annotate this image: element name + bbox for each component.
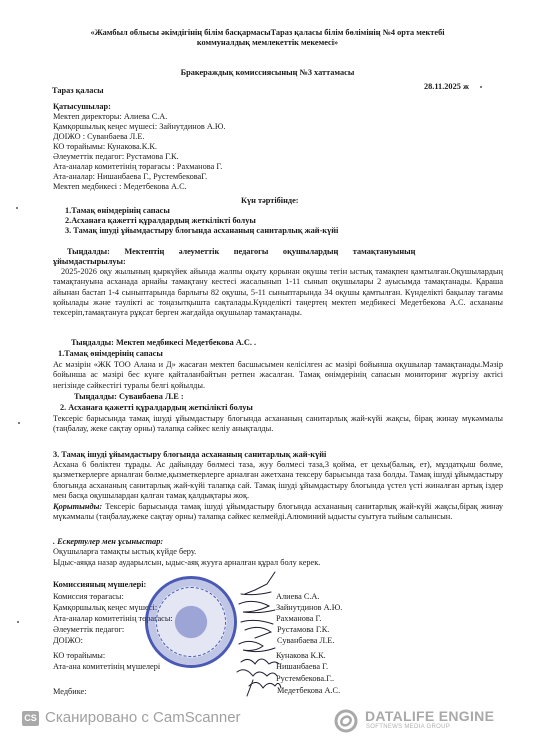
footer-watermarks: CS Сканировано с CamScanner DATALIFE ENG… [0, 708, 535, 738]
conclusion-text: Тексеріс барысында тамақ ішуді ұйымдасты… [53, 502, 503, 521]
official-stamp [145, 576, 237, 668]
protocol-date: 28.11.2025 ж [424, 82, 469, 92]
participant-item: Мектеп медбикесі : Медетбекова А.С. [53, 182, 187, 192]
section3-heard: Тыңдалды: Суванбаева Л.Е : [74, 392, 184, 402]
recommendation-item: Оқушыларға тамақты ыстық күйде беру. [53, 547, 196, 557]
agenda-item: 1.Тамақ өнімдерінің сапасы [65, 206, 170, 216]
datalife-engine-subtitle: SOFTNEWS MEDIA GROUP [366, 724, 450, 730]
section4-subheading: 3. Тамақ ішуді ұйымдастыру блогында асха… [53, 450, 326, 460]
recommendation-item: Ыдыс-аяққа назар аударылсын, ыдыс-аяқ жу… [53, 558, 320, 568]
scan-speck [480, 86, 482, 88]
section2-subheading: 1.Тамақ өнімдерінің сапасы [58, 349, 163, 359]
conclusion-label: Қорытынды: [53, 502, 102, 511]
member-role: Комиссия төрағасы: [53, 592, 124, 602]
organization-name-line1: «Жамбыл облысы әкімдігінің білім басқарм… [0, 28, 535, 38]
member-role: Медбике: [53, 687, 87, 697]
datalife-engine-title: DATALIFE ENGINE [365, 708, 494, 724]
section1-heard-line2: ұйымдастырылуы: [53, 257, 126, 267]
participant-item: Ата-аналар комитетінің төрағасы : Рахман… [53, 162, 222, 172]
member-name: Суванбаева Л.Е. [277, 636, 334, 646]
commission-heading: Комиссияның мүшелері: [53, 580, 146, 590]
participant-item: Қамқоршылық кеңес мүшесі: Зайнутдинов А.… [53, 122, 226, 132]
member-role: Әлеуметтік педагог: [53, 625, 124, 635]
city: Тараз қаласы [52, 86, 104, 96]
member-role: ДОІЖО: [53, 636, 83, 646]
member-role: Ата-ана комитетінің мүшелері [53, 662, 160, 672]
camscanner-watermark: Сканировано с CamScanner [45, 709, 241, 726]
member-role: Қамқоршылық кеңес мүшесі: [53, 603, 157, 613]
recommendations-heading: . Ескертулер мен ұсыныстар: [53, 537, 163, 547]
agenda-item: 2.Асханаға қажетті құралдардың жеткілікт… [65, 216, 256, 226]
protocol-title: Бракераждық комиссиясының №3 хаттамасы [0, 68, 535, 78]
agenda-heading: Күн тәртібінде: [241, 196, 299, 206]
section4-body: Асхана 6 бөліктен тұрады. Ас дайындау бө… [53, 460, 503, 501]
camscanner-logo-icon: CS [22, 711, 39, 726]
section4-conclusion: Қорытынды: Тексеріс барысында тамақ ішуд… [53, 502, 503, 523]
participant-item: КО төрайымы: Кунакова.К.К. [53, 142, 157, 152]
participants-heading: Қатысушылар: [53, 102, 111, 112]
section3-body: Тексеріс барысында тамақ ішуді ұйымдасты… [53, 414, 503, 435]
participant-item: Әлеуметтік педагог: Рустамова Г.К. [53, 152, 179, 162]
organization-name-line2: коммуналдық мемлекеттік мекемесі» [0, 38, 535, 48]
section2-heard: Тыңдалды: Мектеп медбикесі Медетбекова А… [71, 338, 256, 348]
member-role: КО төрайымы: [53, 651, 105, 661]
member-name: Зайнутдинов А.Ю. [276, 603, 342, 613]
participant-item: Мектеп директоры: Алиева С.А. [53, 112, 167, 122]
scan-speck [16, 207, 18, 209]
section1-heard-line1: Тыңдалды: Мектептің әлеуметтік педагогы … [67, 247, 503, 257]
scanned-document-page: «Жамбыл облысы әкімдігінің білім басқарм… [0, 0, 535, 750]
member-name: Медетбекова А.С. [277, 686, 340, 696]
scan-speck [17, 621, 19, 623]
section1-body: 2025-2026 оқу жылының қыркүйек айында жа… [53, 267, 503, 318]
signatures-icon [235, 568, 285, 698]
datalife-engine-logo-icon [334, 709, 358, 733]
section2-body: Ас мәзірін «ЖК ТОО Алана и Д» жасаған ме… [53, 360, 503, 391]
scan-speck [18, 422, 20, 424]
participant-item: Ата-аналар: Нишанбаева Г., РустембековаГ… [53, 172, 207, 182]
section3-subheading: 2. Асханаға қажетті құралдардың жеткілік… [60, 403, 253, 413]
agenda-item: 3. Тамақ ішуді ұйымдастыру блогында асха… [65, 226, 338, 236]
participant-item: ДОІЖО : Суванбаева Л.Е. [53, 132, 145, 142]
